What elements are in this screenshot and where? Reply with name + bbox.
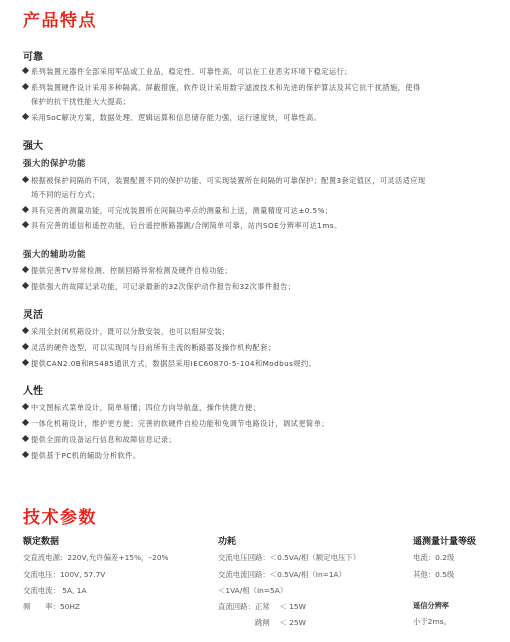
- power-title: 功耗: [218, 536, 236, 548]
- list-item: 一体化机箱设计，维护更方便；完善的软硬件自检功能和免调节电路设计，调试更简单；: [23, 418, 329, 430]
- diamond-bullet-icon: [22, 176, 29, 183]
- spec-line: 交直流电源：220V,允许偏差+15%，–20%: [23, 552, 169, 564]
- subsection-title-auxiliary: 强大的辅助功能: [23, 249, 86, 261]
- spec-line: 电流：0.2级: [413, 552, 454, 564]
- spec-line: 频 率：50HZ: [23, 601, 80, 613]
- section-title-flexible: 灵活: [23, 309, 43, 323]
- spec-line: 其他：0.5级: [413, 569, 454, 581]
- rated-data-title: 额定数据: [23, 536, 59, 548]
- subsection-title-protection: 强大的保护功能: [23, 158, 86, 170]
- section-title-powerful: 强大: [23, 140, 43, 154]
- list-item: 提供完善TV异常检测、控制回路异常检测及硬件自检功能；: [23, 265, 232, 277]
- specs-title: 技术参数: [23, 507, 97, 529]
- measure-title: 遥测量计量等级: [413, 536, 476, 548]
- list-item: 提供CAN2.0B和RS485通讯方式，数据层采用IEC60870-5-104和…: [23, 358, 316, 370]
- features-title: 产品特点: [23, 10, 97, 32]
- diamond-bullet-icon: [22, 266, 29, 273]
- diamond-bullet-icon: [22, 403, 29, 410]
- section-title-reliable: 可靠: [23, 51, 43, 65]
- list-item-continuation: 保护的抗干扰性能大大提高；: [31, 96, 130, 108]
- diamond-bullet-icon: [22, 343, 29, 350]
- section-title-humanized: 人性: [23, 385, 43, 399]
- diamond-bullet-icon: [22, 327, 29, 334]
- resolution-title: 遥信分辨率: [413, 600, 449, 612]
- resolution-value: 小于2ms。: [413, 616, 451, 628]
- list-item: 采用全封闭机箱设计，既可以分散安装，也可以组屏安装；: [23, 326, 230, 338]
- diamond-bullet-icon: [22, 435, 29, 442]
- list-item: 具有完善的遥信和遥控功能，后台遥控断路器跳/合闸简单可靠，站内SOE分辨率可达1…: [23, 220, 342, 232]
- list-item: 提供全面的设备运行信息和故障信息记录；: [23, 434, 176, 446]
- list-item: 提供基于PC机的辅助分析软件。: [23, 450, 141, 462]
- list-item-continuation: 场不同的运行方式；: [31, 189, 100, 201]
- diamond-bullet-icon: [22, 359, 29, 366]
- list-item: 采用SoC解决方案，数据处理、逻辑运算和信息储存能力强，运行速度快，可靠性高。: [23, 112, 321, 124]
- spec-line: 交流电流回路：＜0.5VA/相（In=1A）: [218, 569, 346, 581]
- list-item: 系列装置元器件全部采用军品或工业品，稳定性、可靠性高，可以在工业恶劣环境下稳定运…: [23, 66, 352, 78]
- spec-line: ＜1VA/相（In=5A）: [218, 585, 287, 597]
- diamond-bullet-icon: [22, 83, 29, 90]
- spec-line: 直流回路：正常 ＜ 15W: [218, 601, 306, 613]
- spec-line: 交流电压回路：＜0.5VA/相（额定电压下）: [218, 552, 360, 564]
- diamond-bullet-icon: [22, 451, 29, 458]
- list-item: 根据被保护间隔的不同，装置配置不同的保护功能，可实现装置所在间隔的可靠保护；配置…: [23, 175, 426, 187]
- diamond-bullet-icon: [22, 206, 29, 213]
- diamond-bullet-icon: [22, 282, 29, 289]
- diamond-bullet-icon: [22, 221, 29, 228]
- diamond-bullet-icon: [22, 67, 29, 74]
- list-item: 系列装置硬件设计采用多种隔离、屏蔽措施，软件设计采用数字滤波技术和先进的保护算法…: [23, 82, 421, 94]
- list-item: 灵活的硬件选型，可以实现同与目前所有主流的断路器及操作机构配套；: [23, 342, 275, 354]
- list-item: 提供强大的故障记录功能，可记录最新的32次保护动作报告和32次事件报告；: [23, 281, 296, 293]
- list-item: 中文图标式菜单设计，简单易懂；四位方向导航盘，操作快捷方便；: [23, 402, 260, 414]
- spec-line: 交流电压：100V, 57.7V: [23, 569, 105, 581]
- spec-line: 交流电流： 5A, 1A: [23, 585, 87, 597]
- list-item: 具有完善的测量功能，可完成装置所在间隔功率点的测量和上送，测量精度可达±0.5%…: [23, 205, 333, 217]
- diamond-bullet-icon: [22, 113, 29, 120]
- spec-line: 跳闸 ＜ 25W: [218, 617, 306, 629]
- diamond-bullet-icon: [22, 419, 29, 426]
